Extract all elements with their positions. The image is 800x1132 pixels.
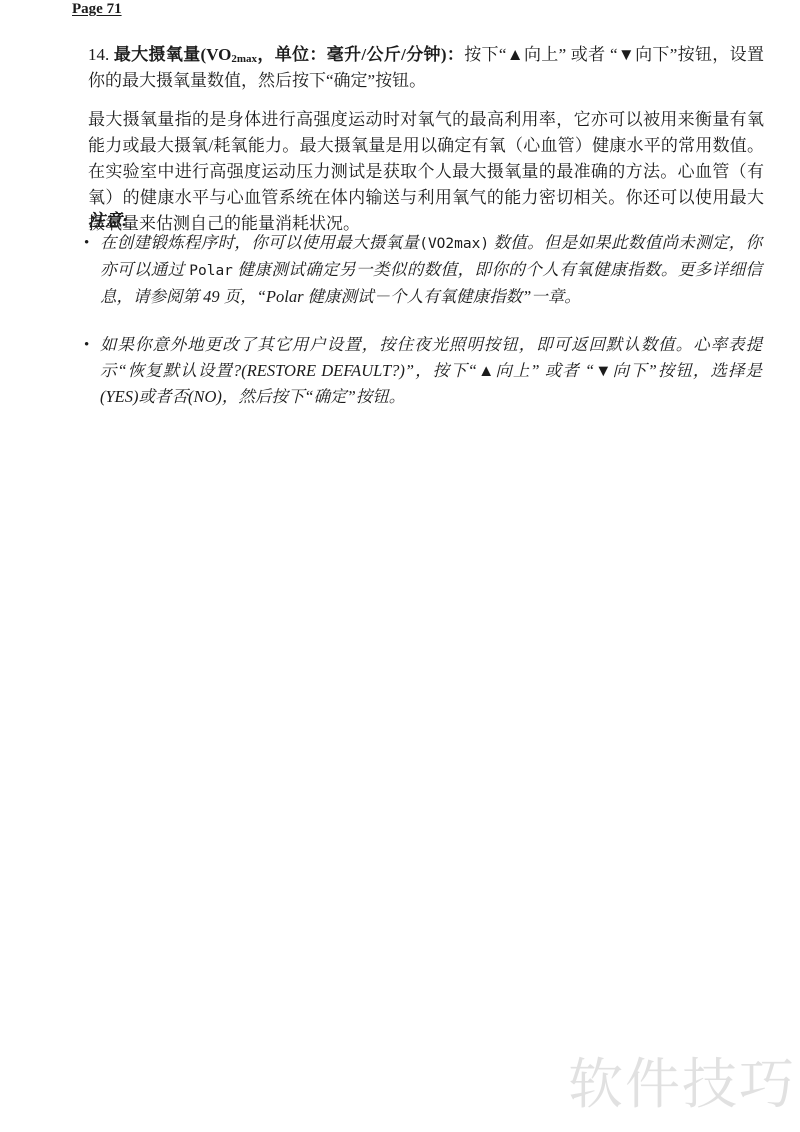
note-bullet-list: • 在创建锻炼程序时，你可以使用最大摄氧量(VO2max) 数值。但是如果此数值…: [84, 230, 762, 432]
note-heading: 注意:: [88, 206, 128, 231]
list-item: • 如果你意外地更改了其它用户设置，按住夜光照明按钮，即可返回默认数值。心率表提…: [84, 332, 762, 410]
bullet-icon: •: [84, 230, 100, 310]
polar-code-text: Polar: [189, 263, 233, 279]
vo2max-code-text: (VO2max): [419, 236, 489, 252]
step-term-bold: 最大摄氧量(VO: [114, 45, 232, 64]
list-item: • 在创建锻炼程序时，你可以使用最大摄氧量(VO2max) 数值。但是如果此数值…: [84, 230, 762, 310]
vo2max-description-paragraph: 最大摄氧量指的是身体进行高强度运动时对氧气的最高利用率，它亦可以被用来衡量有氧能…: [88, 107, 764, 237]
note-bullet-1-text: 在创建锻炼程序时，你可以使用最大摄氧量(VO2max) 数值。但是如果此数值尚未…: [100, 230, 762, 310]
step-unit-bold: ，单位：毫升/公斤/分钟)：: [257, 45, 464, 64]
note-bullet-2-text: 如果你意外地更改了其它用户设置，按住夜光照明按钮，即可返回默认数值。心率表提示“…: [100, 332, 762, 410]
step-number: 14.: [88, 45, 114, 64]
watermark-text: 软件技巧: [568, 1040, 796, 1119]
bullet-icon: •: [84, 332, 100, 410]
page-title: Page 71: [72, 1, 122, 18]
step-14-instruction: 14. 最大摄氧量(VO2max，单位：毫升/公斤/分钟)：按下“▲向上” 或者…: [88, 42, 764, 94]
vo2max-subscript: 2max: [231, 53, 257, 65]
